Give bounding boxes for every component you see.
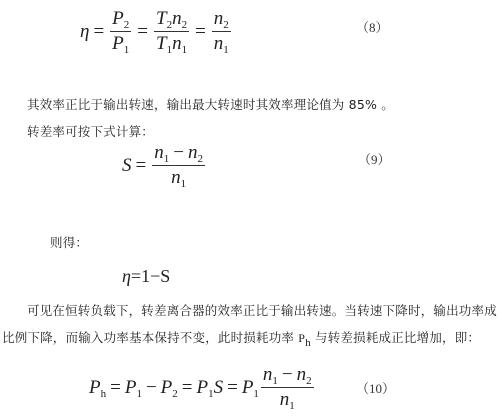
loss-power-symbol: Ph	[298, 331, 311, 345]
equals-sign: =	[195, 21, 206, 43]
paragraph-slip-rate-intro: 转差率可按下式计算：	[27, 122, 154, 140]
equation-10: Ph = P1 − P2 = P1S = P1 n1−n2 n1	[89, 364, 316, 411]
equation-number-8: （8）	[356, 17, 389, 36]
equation-number-10: （10）	[356, 378, 395, 397]
equation-9: S = n1−n2 n1	[122, 142, 207, 189]
slip-symbol: S	[122, 155, 132, 177]
equals-sign: =	[93, 21, 104, 43]
equation-8: η = P2 P1 = T2n2 T1n1 = n2 n1	[80, 8, 233, 55]
paragraph-conclusion-line2: 比例下降，而输入功率基本保持不变，此时损耗功率 Ph 与转差损耗成正比增加，即：	[2, 328, 480, 346]
fraction-p2-over-p1: P2 P1	[110, 8, 131, 55]
fraction-slip-eq10: n1−n2 n1	[261, 364, 314, 411]
equation-number-9: （9）	[358, 149, 391, 168]
equals-sign: =	[136, 155, 147, 177]
equals-sign: =	[137, 21, 148, 43]
eta-symbol: η	[80, 21, 89, 43]
equation-efficiency-slip: η=1−S	[122, 266, 170, 287]
fraction-slip: n1−n2 n1	[152, 142, 205, 189]
paragraph-conclusion-line1: 可见在恒转负载下，转差离合器的效率正比于输出转速。当转速下降时，输出功率成	[27, 301, 497, 319]
loss-power-lhs: Ph	[89, 377, 106, 399]
paragraph-thus: 则得：	[50, 233, 88, 251]
fraction-n2-over-n1: n2 n1	[212, 8, 231, 55]
paragraph-efficiency: 其效率正比于输出转速，输出最大转速时其效率理论值为 85% 。	[27, 95, 394, 113]
fraction-torque-speed: T2n2 T1n1	[154, 8, 189, 55]
